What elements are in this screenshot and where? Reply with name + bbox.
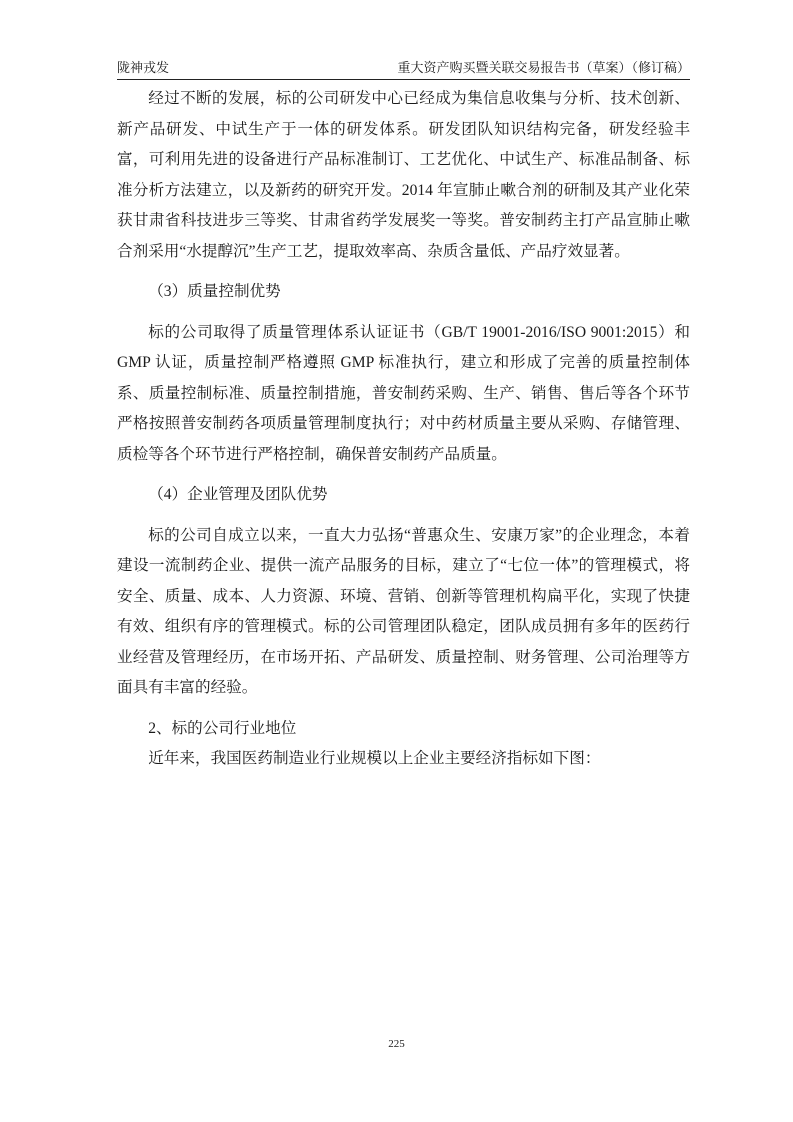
paragraph-management: 标的公司自成立以来，一直大力弘扬“普惠众生、安康万家”的企业理念，本着建设一流制… <box>117 521 690 704</box>
header-doc-title: 重大资产购买暨关联交易报告书（草案）（修订稿） <box>397 57 690 76</box>
page-body: 经过不断的发展，标的公司研发中心已经成为集信息收集与分析、技术创新、新产品研发、… <box>117 84 690 775</box>
paragraph-industry-intro: 近年来，我国医药制造业行业规模以上企业主要经济指标如下图： <box>117 744 690 775</box>
paragraph-rd: 经过不断的发展，标的公司研发中心已经成为集信息收集与分析、技术创新、新产品研发、… <box>117 84 690 267</box>
page-number: 225 <box>0 1038 793 1050</box>
header-company: 陇神戎发 <box>117 57 169 76</box>
heading-quality-control: （3）质量控制优势 <box>117 277 690 308</box>
page-header: 陇神戎发 重大资产购买暨关联交易报告书（草案）（修订稿） <box>117 52 690 80</box>
paragraph-quality: 标的公司取得了质量管理体系认证证书（GB/T 19001-2016/ISO 90… <box>117 318 690 471</box>
heading-industry-position: 2、标的公司行业地位 <box>117 714 690 745</box>
heading-management: （4）企业管理及团队优势 <box>117 480 690 511</box>
